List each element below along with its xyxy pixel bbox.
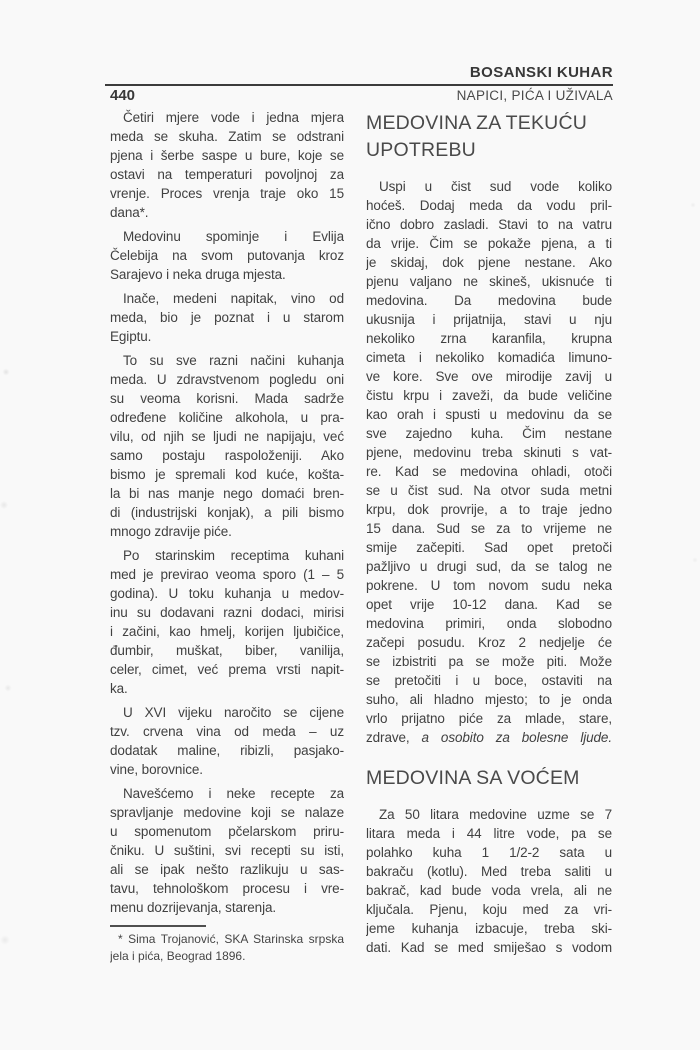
text-line: određene količine alkohola, u pra-: [110, 408, 344, 427]
text-line: Po starinskim receptima kuhani: [110, 546, 344, 565]
paragraph: Medovinu spominje i EvlijaČelebija na sv…: [110, 227, 344, 284]
text-line: godina). U toku kuhanja u medov-: [110, 584, 344, 603]
text-line: zdrave, a osobito za bolesne ljude.: [366, 728, 612, 747]
text-line: čistu krpu i zaveži, da bude veličine: [366, 386, 612, 405]
text-line: jeme kuhanja izbacuje, treba ski-: [366, 919, 612, 938]
heading-line: MEDOVINA ZA TEKUĆU: [366, 110, 612, 137]
text-line: tzv. crvena vina od meda – uz: [110, 722, 344, 741]
paragraph: Uspi u čist sud vode kolikohoćeš. Dodaj …: [366, 177, 612, 747]
paragraph: Po starinskim receptima kuhanimed je pre…: [110, 546, 344, 698]
text-line: ključala. Pjenu, koju med za vri-: [366, 900, 612, 919]
text-line: čniku. U suštini, svi recepti su isti,: [110, 841, 344, 860]
text-line: ve kore. Sve ove mirodije zavij u: [366, 367, 612, 386]
text-line: ostavi na temperaturi povoljnoj za: [110, 165, 344, 184]
paragraph: Navešćemo i neke recepte zaspravljanje m…: [110, 784, 344, 917]
text-line: tavu, tehnološkom procesu i vre-: [110, 879, 344, 898]
text-line: dodatak maline, ribizli, pasjako-: [110, 741, 344, 760]
text-line: vrenje. Proces vrenja traje oko 15: [110, 184, 344, 203]
text-line: suho, ali hladno mjesto; to je onda: [366, 690, 612, 709]
text-line: la bi nas manje nego domaći bren-: [110, 484, 344, 503]
page-body: Četiri mjere vode i jedna mjerameda se s…: [110, 108, 612, 965]
text-line: jela i pića, Beograd 1896.: [110, 948, 344, 965]
text-line: polahko kuha 1 1/2-2 sata u: [366, 843, 612, 862]
text-line: opet vrije 10-12 dana. Kad se: [366, 595, 612, 614]
text-line: bismo je spremali kod kuće, košta-: [110, 465, 344, 484]
footnote: * Sima Trojanović, SKA Starinska srpskaj…: [110, 925, 344, 965]
heading-line: MEDOVINA SA VOĆEM: [366, 765, 612, 792]
text-line: inu su dodavani razni dodaci, mirisi: [110, 603, 344, 622]
text-line: * Sima Trojanović, SKA Starinska srpska: [110, 931, 344, 948]
paragraph: Inače, medeni napitak, vino odmeda, bio …: [110, 289, 344, 346]
text-line: su veoma korisni. Mada sadrže: [110, 389, 344, 408]
text-line: vilu, od njih se ljudi ne napijaju, već: [110, 427, 344, 446]
text-line: vine, borovnice.: [110, 760, 344, 779]
section-heading: MEDOVINA ZA TEKUĆUUPOTREBU: [366, 110, 612, 164]
text-line: To su sve razni načini kuhanja: [110, 351, 344, 370]
text-line: hoćeš. Dodaj meda da vodu pril-: [366, 196, 612, 215]
text-line: Sarajevo i neka druga mjesta.: [110, 265, 344, 284]
text-line: 15 dana. Sud se za to vrijeme ne: [366, 519, 612, 538]
footnote-text: * Sima Trojanović, SKA Starinska srpskaj…: [110, 931, 344, 965]
text-line: Medovinu spominje i Evlija: [110, 227, 344, 246]
recipe-section: MEDOVINA SA VOĆEMZa 50 litara medovine u…: [366, 765, 612, 957]
text-line: Za 50 litara medovine uzme se 7: [366, 805, 612, 824]
text-line: pjenu valjano ne skineš, ukisnuće ti: [366, 272, 612, 291]
right-column: MEDOVINA ZA TEKUĆUUPOTREBUUspi u čist su…: [366, 108, 612, 965]
paragraph: U XVI vijeku naročito se cijenetzv. crve…: [110, 703, 344, 779]
text-line: bakrač, kad bude voda vrela, ali ne: [366, 881, 612, 900]
left-column-text: Četiri mjere vode i jedna mjerameda se s…: [110, 108, 344, 917]
text-line: nekoliko zrna karanfila, krupna: [366, 329, 612, 348]
text-line: kao orah i spusti u medovinu da se: [366, 405, 612, 424]
text-line: vrlo prijatno piće za mlade, stare,: [366, 709, 612, 728]
text-line: mnogo zdravije piće.: [110, 522, 344, 541]
text-line: krpu, dok provrije, a to traje jedno: [366, 500, 612, 519]
text-line: Egiptu.: [110, 327, 344, 346]
text-line: pokrene. U tom novom sudu neka: [366, 576, 612, 595]
text-line: đumbir, muškat, biber, vanilija,: [110, 641, 344, 660]
text-line: U XVI vijeku naročito se cijene: [110, 703, 344, 722]
text-line: u spomenutom pčelarskom priru-: [110, 822, 344, 841]
heading-line: UPOTREBU: [366, 137, 612, 164]
footnote-divider: [110, 925, 206, 927]
text-line: Četiri mjere vode i jedna mjera: [110, 108, 344, 127]
text-line: se izbistriti pa se može piti. Može: [366, 652, 612, 671]
text-line: ično dobro zasladi. Stavi to na vatru: [366, 215, 612, 234]
text-line: ukusnija i prijatnija, stavi u nju: [366, 310, 612, 329]
chapter-title: NAPICI, PIĆA I UŽIVALA: [105, 88, 613, 103]
text-line: celer, cimet, već prema vrsti napit-: [110, 660, 344, 679]
text-line: i začini, kao hmelj, korijen ljubičice,: [110, 622, 344, 641]
text-line: meda. U zdravstvenom pogledu oni: [110, 370, 344, 389]
text-line: pjena i šerbe saspe u bure, koje se: [110, 146, 344, 165]
book-title: BOSANSKI KUHAR: [105, 64, 613, 81]
text-line: med je previrao veoma sporo (1 – 5: [110, 565, 344, 584]
text-line: sve zajedno kuha. Čim nestane: [366, 424, 612, 443]
text-line: cimeta i nekoliko komadića limuno-: [366, 348, 612, 367]
text-line: dana*.: [110, 203, 344, 222]
text-line: se pretočiti i u boce, ostaviti na: [366, 671, 612, 690]
text-line: Uspi u čist sud vode koliko: [366, 177, 612, 196]
text-line: litara meda i 44 litre vode, pa se: [366, 824, 612, 843]
text-line: meda, bio je poznat i u starom: [110, 308, 344, 327]
text-line: da vrije. Čim se pokaže pjena, a ti: [366, 234, 612, 253]
text-line: Navešćemo i neke recepte za: [110, 784, 344, 803]
text-line: pjene, medovinu treba skinuti s vat-: [366, 443, 612, 462]
text-line: medovina primiri, onda slobodno: [366, 614, 612, 633]
text-line: samo postaju raspoloženiji. Ako: [110, 446, 344, 465]
paragraph: Četiri mjere vode i jedna mjerameda se s…: [110, 108, 344, 222]
text-line: začepi posudu. Kroz 2 nedjelje će: [366, 633, 612, 652]
left-column: Četiri mjere vode i jedna mjerameda se s…: [110, 108, 344, 965]
text-line: smije začepiti. Sad opet pretoči: [366, 538, 612, 557]
text-line: Inače, medeni napitak, vino od: [110, 289, 344, 308]
text-line: medovina. Da medovina bude: [366, 291, 612, 310]
text-line: Čelebija na svom putovanja kroz: [110, 246, 344, 265]
text-line: je skidaj, dok pjene nestane. Ako: [366, 253, 612, 272]
text-line: ali se ipak nešto razlikuju u sas-: [110, 860, 344, 879]
header-rule: [105, 84, 613, 86]
recipe-section: MEDOVINA ZA TEKUĆUUPOTREBUUspi u čist su…: [366, 110, 612, 747]
paragraph: To su sve razni načini kuhanjameda. U zd…: [110, 351, 344, 541]
section-heading: MEDOVINA SA VOĆEM: [366, 765, 612, 792]
text-line: pažljivo u drugi sud, da se talog ne: [366, 557, 612, 576]
text-line: ka.: [110, 679, 344, 698]
text-line: dati. Kad se med smiješao s vodom: [366, 938, 612, 957]
text-line: re. Kad se medovina ohladi, otoči: [366, 462, 612, 481]
text-line: se u čist sud. Na otvor suda metni: [366, 481, 612, 500]
text-line: bakraču (kotlu). Med treba saliti u: [366, 862, 612, 881]
text-line: di (industrijski konjak), a pili bismo: [110, 503, 344, 522]
text-line: spravljanje medovine koji se nalaze: [110, 803, 344, 822]
text-line: menu dozrijevanja, starenja.: [110, 898, 344, 917]
text-line: meda se skuha. Zatim se odstrani: [110, 127, 344, 146]
paragraph: Za 50 litara medovine uzme se 7litara me…: [366, 805, 612, 957]
